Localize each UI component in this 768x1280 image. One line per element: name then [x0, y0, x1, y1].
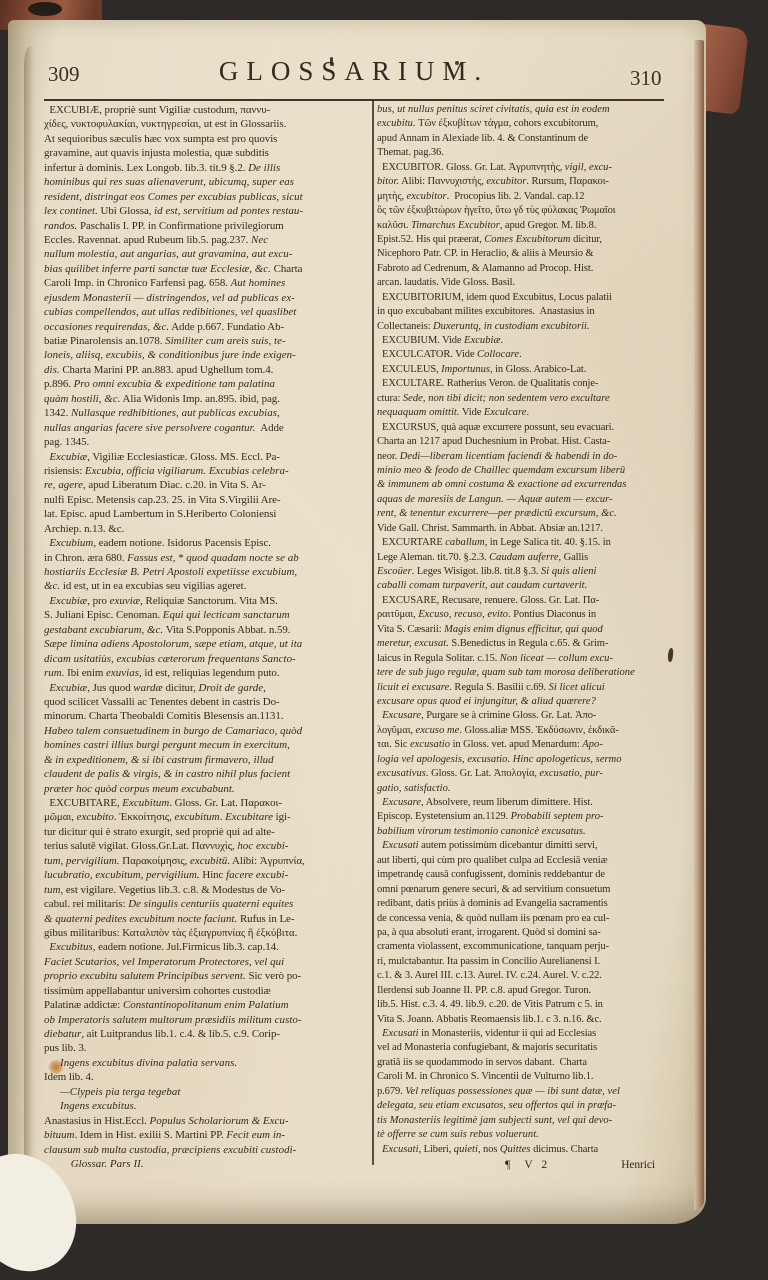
text-line: λογῦμαι, excuso me. Gloss.aliæ MSS. Ἐκδύ…	[377, 724, 665, 738]
text-line: claudent de palis & virgis, & in castro …	[44, 767, 372, 781]
text-line: infertur à dominis. Lex Longob. lib.3. t…	[44, 161, 372, 175]
text-line: pus lib. 3.	[44, 1041, 372, 1055]
text-line: proprio excubitu salutem Principibus ser…	[44, 969, 372, 983]
text-line: quàm hostili, &c. Alia Widonis Imp. an.8…	[44, 392, 372, 406]
text-line: dicam usitatiùs, excubias cæterorum freq…	[44, 652, 372, 666]
text-line: ται. Sic excusatio in Gloss. vet. apud M…	[377, 738, 665, 752]
text-line: excusare opus quod ei injungitur, & aliu…	[377, 695, 665, 709]
text-line: gravamine, aut quavis injusta molestia, …	[44, 146, 372, 160]
text-line: minorum. Charta Theobaldi Comitis Blesen…	[44, 709, 372, 723]
text-line: ri, mulctabantur. Ita passim in Concilio…	[377, 955, 665, 969]
text-line: occasiones requirendas, &c. Adde p.667. …	[44, 320, 372, 334]
text-line: randos. Paschalis I. PP. in Confirmation…	[44, 219, 372, 233]
text-line: pa, à qua absoluti erant, irrogarent. Qu…	[377, 926, 665, 940]
column-lines: bus, ut nullus penitus sciret civitatis,…	[377, 103, 665, 1157]
running-title: GLOSSARIUM.	[44, 56, 664, 87]
column-divider	[372, 101, 374, 1165]
signature-line: ¶ V 2 Henrici	[377, 1157, 665, 1171]
text-line: apud Annam in Alexiade lib. 4. & Constan…	[377, 132, 665, 146]
text-line: Excusati in Monasteriis, videntur ii qui…	[377, 1027, 665, 1041]
text-line: tur dicitur qui è strato exurgit, sed pr…	[44, 825, 372, 839]
text-line: Excusati, Liberi, quieti, nos Quittes di…	[377, 1143, 665, 1157]
text-line: lat. Episc. apud Lambertum in S.Heribert…	[44, 507, 372, 521]
text-line: tissimùm appellabantur universim cohorte…	[44, 984, 372, 998]
text-line: Fabroto ad Cedrenum, & Alamanno ad Proco…	[377, 262, 665, 276]
text-line: EXCUSARE, Recusare, renuere. Gloss. Gr. …	[377, 594, 665, 608]
text-line: EXCUBITORIUM, idem quod Excubitus, Locus…	[377, 291, 665, 305]
text-line: babilium virorum testimonio canonicè exc…	[377, 825, 665, 839]
text-line: Caroli M. in Chronico S. Vincentii de Vu…	[377, 1070, 665, 1084]
text-line: ραιτῦμαι, Excuso, recuso, evito. Pontius…	[377, 608, 665, 622]
text-line: μῶμαι, excubito. Ἐκκοίτησις, excubitum. …	[44, 810, 372, 824]
text-line: delegata, seu etiam excusatos, seu offer…	[377, 1099, 665, 1113]
text-line: hostiariis Ecclesiæ B. Petri Apostoli ex…	[44, 565, 372, 579]
text-line: EXCUBIÆ, propriè sunt Vigiliæ custodum, …	[44, 103, 372, 117]
text-line: gibus militaribus: Καταλιπὸν τὰς ἐξιαγρυ…	[44, 926, 372, 940]
text-line: tum, pervigilium. Παρακοίμησις, excubitū…	[44, 854, 372, 868]
text-line: Vita S. Cæsarii: Magis enim dignus effic…	[377, 623, 665, 637]
text-line: lex continet. Ubi Glossa, id est, servit…	[44, 204, 372, 218]
text-line: rent, & tenentur excurrere—per prædictū …	[377, 507, 665, 521]
text-line: Archiep. n.13. &c.	[44, 522, 372, 536]
page-number-right: 310	[630, 66, 662, 91]
text-line: Palatinæ addictæ: Constantinopolitanum e…	[44, 998, 372, 1012]
text-line: tis Monasteriis legitimè jam subjecti su…	[377, 1114, 665, 1128]
text-line: gatio, satisfactio.	[377, 782, 665, 796]
gutter-crease	[24, 46, 36, 1216]
text-line: S. Juliani Episc. Cenoman. Equi qui lect…	[44, 608, 372, 622]
text-line: in Chron. æra 680. Fassus est, * quod qu…	[44, 551, 372, 565]
text-line: nullas angarias facere sive persolvere c…	[44, 421, 372, 435]
text-line: pag. 1345.	[44, 435, 372, 449]
text-line: Collectaneis: Duxeruntq, in custodiam ex…	[377, 320, 665, 334]
text-line: cubias compellendos, aut ullas redibitio…	[44, 305, 372, 319]
text-line: tum, est vigilare. Vegetius lib.3. c.8. …	[44, 883, 372, 897]
text-line: ctura: Sede, non tibi dicit; non sedente…	[377, 392, 665, 406]
text-line: ὃς τῶν ἐξκυβιτώρων ἡγεῖτο, ὕτω γδ τὺς φύ…	[377, 204, 665, 218]
header-rule	[44, 99, 664, 101]
text-line: Vita S. Joann. Abbatis Reomaensis lib.1.…	[377, 1013, 665, 1027]
text-line: Idem lib. 4.	[44, 1070, 372, 1084]
text-line: ejusdem Monasterii — distringendos, vel …	[44, 291, 372, 305]
text-line: Excubiæ, Vigiliæ Ecclesiasticæ. Gloss. M…	[44, 450, 372, 464]
text-line: Sæpe limina adiens Apostolorum, sæpe eti…	[44, 637, 372, 651]
text-line: nulfi Episc. Metensis cap.23. 25. in Vit…	[44, 493, 372, 507]
catchword: Henrici	[621, 1158, 655, 1172]
scanned-book-page: { "colors":{"paper":"#e8dfc9","ink":"#33…	[0, 0, 768, 1280]
text-line: vel ad Monasteria confugiebant, & majori…	[377, 1041, 665, 1055]
text-column-left: EXCUBIÆ, propriè sunt Vigiliæ custodum, …	[44, 103, 372, 1171]
text-line: de concessa venia, & quòd nullam iis pœn…	[377, 912, 665, 926]
text-line: excubitu. Τῶν ἐξκυβίτων τάγμα, cohors ex…	[377, 117, 665, 131]
text-line: 1342. Nullasque redhibitiones, aut publi…	[44, 406, 372, 420]
text-line: arcan. laudatis. Vide Gloss. Basil.	[377, 276, 665, 290]
text-line: καλῦσι. Timarchus Excubitor, apud Gregor…	[377, 219, 665, 233]
text-line: & in expeditionem, & si ibi castrum firm…	[44, 753, 372, 767]
text-line: risiensis: Excubia, officia vigiliarum. …	[44, 464, 372, 478]
text-line: meretur, excusat. S.Benedictus in Regula…	[377, 637, 665, 651]
text-line: Habeo talem consuetudinem in burgo de Ca…	[44, 724, 372, 738]
text-line: EXCUBIUM. Vide Excubiæ.	[377, 334, 665, 348]
text-line: nequaquam omittit. Vide Exculcare.	[377, 406, 665, 420]
text-line: c.1. & 3. Aurel III. c.13. Aurel. IV. c.…	[377, 969, 665, 983]
text-line: Faciet Scutarios, vel Imperatorum Protec…	[44, 955, 372, 969]
text-line: χίδες, νυκτοφυλακίαι, νυκτηγρεσίαι, ut e…	[44, 117, 372, 131]
text-line: minio meo & feodo de Chaillec quemdam ex…	[377, 464, 665, 478]
text-line: re, agere, apud Liberatum Diac. c.20. in…	[44, 478, 372, 492]
text-line: Excubitus, eadem notione. Jul.Firmicus l…	[44, 940, 372, 954]
text-line: Ilerdensi sub Joanne II. PP. c.8. apud G…	[377, 984, 665, 998]
text-line: lib.5. Hist. c.3. 4. 49. lib.9. c.20. de…	[377, 998, 665, 1012]
text-line: Ingens excubitus divina palatia servans.	[44, 1056, 372, 1070]
text-line: &c. id est, ut in ea excubias seu vigili…	[44, 579, 372, 593]
text-line: Epist.52. His qui præerat, Comes Excubit…	[377, 233, 665, 247]
text-line: tè offerre se cum suis rebus voluerunt.	[377, 1128, 665, 1142]
text-line: p.896. Pro omni excubia & expeditione ta…	[44, 377, 372, 391]
text-line: Excusare, Absolvere, reum liberum dimitt…	[377, 796, 665, 810]
text-line: licuit ei excusare. Regula S. Basilii c.…	[377, 681, 665, 695]
text-line: bus, ut nullus penitus sciret civitatis,…	[377, 103, 665, 117]
text-line: neor. Dedi—liberam licentiam faciendi & …	[377, 450, 665, 464]
text-line: tere de sub jugo regulæ, quam sub tam mo…	[377, 666, 665, 680]
text-line: redibant, datis priùs à dominis ad Evang…	[377, 897, 665, 911]
text-line: Nicephoro Patr. CP. in Heraclio, & aliis…	[377, 247, 665, 261]
text-line: EXCUBITOR. Gloss. Gr. Lat. Ἀγρυπνητὴς, v…	[377, 161, 665, 175]
text-line: Excusare, Purgare se à crimine Gloss. Gr…	[377, 709, 665, 723]
text-line: resident, distringat eos Comes per excub…	[44, 190, 372, 204]
text-line: EXCULCATOR. Vide Collocare.	[377, 348, 665, 362]
signature-mark: ¶	[505, 1157, 510, 1171]
text-line: homines castri illius burgi pergunt mecu…	[44, 738, 372, 752]
text-line: & quaterni pedites excubitum nocte faciu…	[44, 912, 372, 926]
text-line: Excubiæ, Jus quod wardæ dicitur, Droit d…	[44, 681, 372, 695]
text-line: Charta an 1217 apud Duchesnium in Probat…	[377, 435, 665, 449]
text-line: Ingens excubitus.	[44, 1099, 372, 1113]
text-line: bitor. Alibi: Παννυχιστὴς, excubitor. Ru…	[377, 175, 665, 189]
text-line: præter hoc quòd corpus meum excubabunt.	[44, 782, 372, 796]
text-line: μητὴς, excubitor. Procopius lib. 2. Vand…	[377, 190, 665, 204]
text-line: EXCURTARE caballum, in Lege Salica tit. …	[377, 536, 665, 550]
text-line: diebatur, ait Luitprandus lib.1. c.4. & …	[44, 1027, 372, 1041]
text-line: Glossar. Pars II.	[44, 1157, 372, 1171]
text-line: EXCULEUS, Importunus, in Gloss. Arabico-…	[377, 363, 665, 377]
text-line: Themat. pag.36.	[377, 146, 665, 160]
text-line: quod scilicet Vassalli ac Tenentes deben…	[44, 695, 372, 709]
text-line: Episcop. Eystetensium an.1129. Probabili…	[377, 810, 665, 824]
text-line: terius salutē vigilat. Gloss.Gr.Lat. Παν…	[44, 839, 372, 853]
text-line: loneis, aliisq, excubiis, & conditionibu…	[44, 348, 372, 362]
text-line: aut liberti, qui cùm pro qualibet culpa …	[377, 854, 665, 868]
text-line: EXCUBITARE, Excubitum. Gloss. Gr. Lat. Π…	[44, 796, 372, 810]
text-column-right: bus, ut nullus penitus sciret civitatis,…	[377, 103, 665, 1171]
text-line: Vide Gall. Christ. Sammarth. in Abbat. A…	[377, 522, 665, 536]
text-line: cabul. rei militaris: De singulis centur…	[44, 897, 372, 911]
text-line: rum. Ibi enim exuvias, id est, reliquias…	[44, 666, 372, 680]
text-line: EXCURSUS, quà aquæ excurrere possunt, se…	[377, 421, 665, 435]
page-edge-right	[694, 40, 704, 1210]
text-line: omni pœnarum genere securi, & ad serviti…	[377, 883, 665, 897]
text-line: clausum sub multa custodia, præcipiens e…	[44, 1143, 372, 1157]
text-line: EXCULTARE. Ratherius Veron. de Qualitati…	[377, 377, 665, 391]
text-line: hominibus qui res suas alienaverunt, ubi…	[44, 175, 372, 189]
text-line: Excubiæ, pro exuviæ, Reliquiæ Sanctorum.…	[44, 594, 372, 608]
text-line: caballi comam turpaverit, aut caudam cur…	[377, 579, 665, 593]
text-line: dis. Charta Marini PP. an.883. apud Ughe…	[44, 363, 372, 377]
text-line: —Clypeis pia terga tegebat	[44, 1085, 372, 1099]
text-line: & immunem ab omni costuma & exactione ad…	[377, 478, 665, 492]
text-line: nullum molestia, aut angarias, aut grava…	[44, 247, 372, 261]
text-line: Caroli Imp. in Chronico Farfensi pag. 65…	[44, 276, 372, 290]
text-line: gestabant excubiarum, &c. Vita S.Popponi…	[44, 623, 372, 637]
text-line: p.679. Vel reliquas possessiones quæ — i…	[377, 1085, 665, 1099]
text-line: cramenta violassent, excommunicatione, t…	[377, 940, 665, 954]
text-line: Lege Aleman. tit.70. §.2.3. Caudam aufer…	[377, 551, 665, 565]
text-line: logia vel apologesis, excusatio. Hinc ap…	[377, 753, 665, 767]
text-line: bituum. Idem in Hist. exilii S. Martini …	[44, 1128, 372, 1142]
text-line: excusativus. Gloss. Gr. Lat. Ἀπολογία, e…	[377, 767, 665, 781]
gathering-signature: V 2	[524, 1158, 550, 1172]
text-line: ob Imperatoris salutem multorum præsidii…	[44, 1013, 372, 1027]
text-line: Escoüer. Leges Wisigot. lib.8. tit.8 §.3…	[377, 565, 665, 579]
text-line: batiæ Pinarolensis an.1078. Similiter cu…	[44, 334, 372, 348]
text-line: aquas de maresiis de Langun. — Aquæ aute…	[377, 493, 665, 507]
text-line: Excusati autem potissimùm dicebantur dim…	[377, 839, 665, 853]
text-line: impetrandę causâ confugissent, dominis r…	[377, 868, 665, 882]
text-line: lucubratio, excubitum, pervigilium. Hinc…	[44, 868, 372, 882]
text-line: Anastasius in Hist.Eccl. Populus Scholar…	[44, 1114, 372, 1128]
text-line: bias quilibet inferre parti sanctæ tuæ E…	[44, 262, 372, 276]
text-line: gratiâ iis se quodammodo in servos daban…	[377, 1056, 665, 1070]
text-line: laicus in Regula Solitar. c.15. Non lice…	[377, 652, 665, 666]
text-line: Excubium, eadem notione. Isidorus Pacens…	[44, 536, 372, 550]
text-line: in quo excubabant milites excubitores. A…	[377, 305, 665, 319]
text-line: At sequioribus sæculis hæc vox sumpta es…	[44, 132, 372, 146]
text-line: Eccles. Ravennat. apud Rubeum lib.5. pag…	[44, 233, 372, 247]
